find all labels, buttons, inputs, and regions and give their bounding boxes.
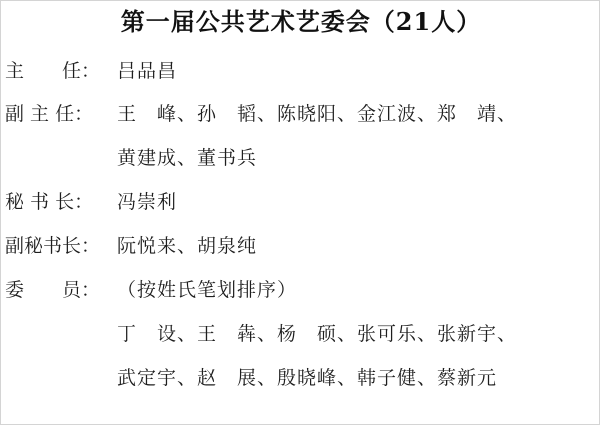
entry-label: 秘 书 长： bbox=[5, 190, 117, 214]
entry-label: 主 任： bbox=[5, 59, 117, 83]
entry-value: 冯崇利 bbox=[117, 190, 177, 214]
entry-deputy-secretary-general: 副秘书长：阮悦来、胡泉纯 bbox=[5, 234, 257, 258]
entry-director: 主 任：吕品昌 bbox=[5, 59, 177, 83]
entry-secretary-general: 秘 书 长：冯崇利 bbox=[5, 190, 177, 214]
entry-value: 阮悦来、胡泉纯 bbox=[117, 234, 257, 258]
committee-document: 第一届公共艺术艺委会（21人） 主 任：吕品昌 副 主 任：王 峰、孙 韬、陈晓… bbox=[0, 0, 600, 425]
document-title: 第一届公共艺术艺委会（21人） bbox=[1, 7, 600, 37]
entry-value: 吕品昌 bbox=[117, 59, 177, 83]
entry-members-line-2: 武定宇、赵 展、殷晓峰、韩子健、蔡新元 bbox=[117, 366, 497, 390]
entry-value: 王 峰、孙 韬、陈晓阳、金江波、郑 靖、 bbox=[117, 102, 517, 126]
entry-label: 副 主 任： bbox=[5, 102, 117, 126]
entry-members-line-1: 丁 设、王 犇、杨 硕、张可乐、张新宇、 bbox=[117, 322, 517, 346]
entry-label: 委 员： bbox=[5, 278, 117, 302]
entry-label: 副秘书长： bbox=[5, 234, 117, 258]
entry-deputy-director: 副 主 任：王 峰、孙 韬、陈晓阳、金江波、郑 靖、 bbox=[5, 102, 517, 126]
entry-deputy-director-continued: 黄建成、董书兵 bbox=[117, 146, 257, 170]
entry-note: （按姓氏笔划排序） bbox=[117, 278, 297, 302]
entry-members: 委 员：（按姓氏笔划排序） bbox=[5, 278, 297, 302]
